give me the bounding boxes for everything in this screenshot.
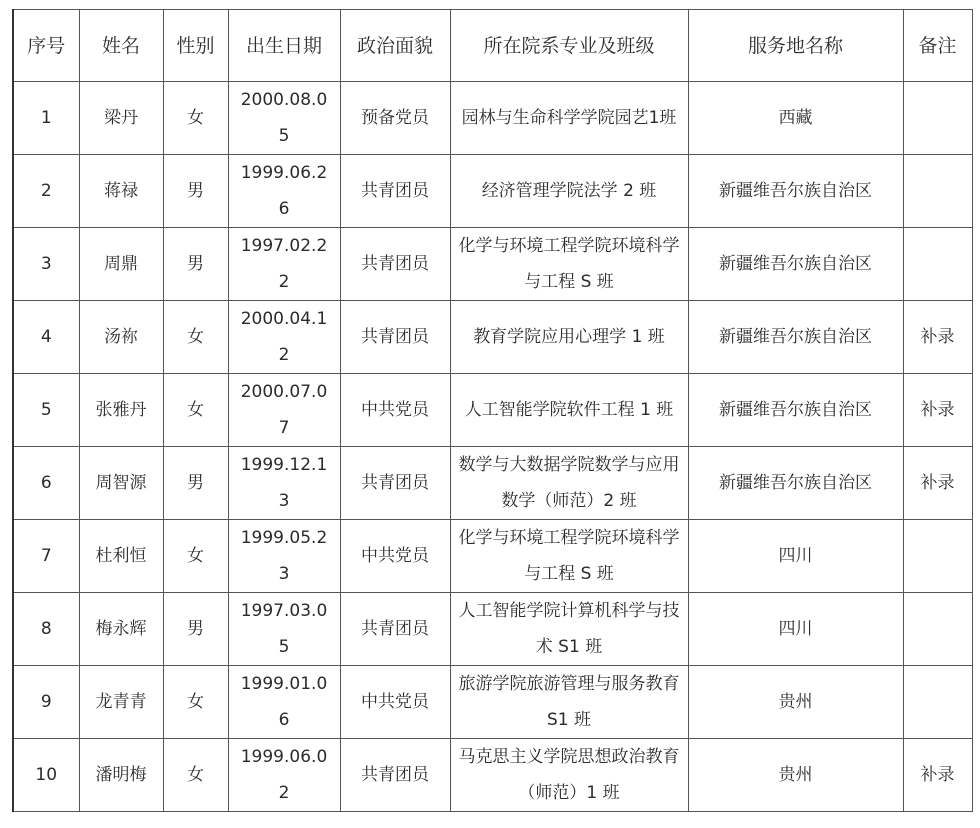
cell-no: 3 (13, 228, 79, 301)
cell-political: 预备党员 (340, 82, 450, 155)
student-roster-table-container: 序号 姓名 性别 出生日期 政治面貌 所在院系专业及班级 服务地名称 备注 1 … (12, 9, 973, 812)
table-row: 7 杜利恒 女 1999.05.23 中共党员 化学与环境工程学院环境科学与工程… (13, 520, 972, 593)
cell-major: 数学与大数据学院数学与应用数学（师范）2 班 (450, 447, 688, 520)
cell-major: 旅游学院旅游管理与服务教育 S1 班 (450, 666, 688, 739)
table-row: 1 梁丹 女 2000.08.05 预备党员 园林与生命科学学院园艺1班 西藏 (13, 82, 972, 155)
cell-dob: 1999.01.06 (228, 666, 340, 739)
header-place: 服务地名称 (688, 10, 903, 82)
cell-name: 潘明梅 (79, 739, 163, 812)
cell-political: 共青团员 (340, 593, 450, 666)
cell-no: 1 (13, 82, 79, 155)
cell-note (903, 155, 972, 228)
header-no: 序号 (13, 10, 79, 82)
cell-note: 补录 (903, 301, 972, 374)
cell-note (903, 520, 972, 593)
cell-gender: 女 (163, 301, 228, 374)
cell-place: 新疆维吾尔族自治区 (688, 447, 903, 520)
cell-gender: 男 (163, 228, 228, 301)
cell-dob: 1997.02.22 (228, 228, 340, 301)
table-row: 10 潘明梅 女 1999.06.02 共青团员 马克思主义学院思想政治教育（师… (13, 739, 972, 812)
table-row: 6 周智源 男 1999.12.13 共青团员 数学与大数据学院数学与应用数学（… (13, 447, 972, 520)
cell-note (903, 82, 972, 155)
cell-dob: 1999.06.26 (228, 155, 340, 228)
cell-name: 杜利恒 (79, 520, 163, 593)
cell-political: 中共党员 (340, 666, 450, 739)
table-header-row: 序号 姓名 性别 出生日期 政治面貌 所在院系专业及班级 服务地名称 备注 (13, 10, 972, 82)
cell-name: 梁丹 (79, 82, 163, 155)
cell-gender: 男 (163, 155, 228, 228)
cell-name: 周鼎 (79, 228, 163, 301)
cell-name: 张雅丹 (79, 374, 163, 447)
cell-name: 周智源 (79, 447, 163, 520)
cell-no: 6 (13, 447, 79, 520)
cell-gender: 女 (163, 666, 228, 739)
cell-major: 教育学院应用心理学 1 班 (450, 301, 688, 374)
header-political: 政治面貌 (340, 10, 450, 82)
cell-place: 新疆维吾尔族自治区 (688, 155, 903, 228)
cell-no: 7 (13, 520, 79, 593)
cell-major: 化学与环境工程学院环境科学与工程 S 班 (450, 520, 688, 593)
cell-place: 新疆维吾尔族自治区 (688, 301, 903, 374)
cell-place: 四川 (688, 593, 903, 666)
header-name: 姓名 (79, 10, 163, 82)
cell-note (903, 593, 972, 666)
cell-political: 共青团员 (340, 228, 450, 301)
cell-political: 共青团员 (340, 739, 450, 812)
cell-no: 2 (13, 155, 79, 228)
cell-note: 补录 (903, 374, 972, 447)
header-gender: 性别 (163, 10, 228, 82)
cell-dob: 2000.08.05 (228, 82, 340, 155)
table-row: 4 汤祢 女 2000.04.12 共青团员 教育学院应用心理学 1 班 新疆维… (13, 301, 972, 374)
cell-gender: 女 (163, 739, 228, 812)
cell-major: 经济管理学院法学 2 班 (450, 155, 688, 228)
cell-political: 共青团员 (340, 301, 450, 374)
cell-gender: 男 (163, 593, 228, 666)
cell-major: 人工智能学院软件工程 1 班 (450, 374, 688, 447)
header-note: 备注 (903, 10, 972, 82)
cell-dob: 2000.07.07 (228, 374, 340, 447)
cell-place: 贵州 (688, 666, 903, 739)
cell-gender: 女 (163, 82, 228, 155)
cell-place: 西藏 (688, 82, 903, 155)
table-row: 5 张雅丹 女 2000.07.07 中共党员 人工智能学院软件工程 1 班 新… (13, 374, 972, 447)
header-major: 所在院系专业及班级 (450, 10, 688, 82)
cell-no: 10 (13, 739, 79, 812)
cell-no: 5 (13, 374, 79, 447)
header-dob: 出生日期 (228, 10, 340, 82)
cell-dob: 1999.05.23 (228, 520, 340, 593)
cell-name: 梅永辉 (79, 593, 163, 666)
cell-name: 龙青青 (79, 666, 163, 739)
cell-name: 蒋禄 (79, 155, 163, 228)
cell-place: 四川 (688, 520, 903, 593)
student-roster-table: 序号 姓名 性别 出生日期 政治面貌 所在院系专业及班级 服务地名称 备注 1 … (12, 9, 973, 812)
cell-note: 补录 (903, 739, 972, 812)
cell-note: 补录 (903, 447, 972, 520)
cell-gender: 男 (163, 447, 228, 520)
cell-place: 新疆维吾尔族自治区 (688, 228, 903, 301)
cell-dob: 1997.03.05 (228, 593, 340, 666)
cell-political: 中共党员 (340, 520, 450, 593)
cell-major: 化学与环境工程学院环境科学与工程 S 班 (450, 228, 688, 301)
cell-place: 贵州 (688, 739, 903, 812)
cell-place: 新疆维吾尔族自治区 (688, 374, 903, 447)
cell-gender: 女 (163, 374, 228, 447)
cell-political: 中共党员 (340, 374, 450, 447)
table-row: 3 周鼎 男 1997.02.22 共青团员 化学与环境工程学院环境科学与工程 … (13, 228, 972, 301)
cell-gender: 女 (163, 520, 228, 593)
cell-major: 园林与生命科学学院园艺1班 (450, 82, 688, 155)
table-row: 8 梅永辉 男 1997.03.05 共青团员 人工智能学院计算机科学与技术 S… (13, 593, 972, 666)
table-row: 9 龙青青 女 1999.01.06 中共党员 旅游学院旅游管理与服务教育 S1… (13, 666, 972, 739)
cell-no: 9 (13, 666, 79, 739)
cell-dob: 2000.04.12 (228, 301, 340, 374)
cell-major: 马克思主义学院思想政治教育（师范）1 班 (450, 739, 688, 812)
cell-political: 共青团员 (340, 155, 450, 228)
cell-note (903, 228, 972, 301)
cell-no: 4 (13, 301, 79, 374)
cell-political: 共青团员 (340, 447, 450, 520)
cell-major: 人工智能学院计算机科学与技术 S1 班 (450, 593, 688, 666)
cell-dob: 1999.12.13 (228, 447, 340, 520)
table-row: 2 蒋禄 男 1999.06.26 共青团员 经济管理学院法学 2 班 新疆维吾… (13, 155, 972, 228)
cell-dob: 1999.06.02 (228, 739, 340, 812)
cell-note (903, 666, 972, 739)
cell-no: 8 (13, 593, 79, 666)
cell-name: 汤祢 (79, 301, 163, 374)
